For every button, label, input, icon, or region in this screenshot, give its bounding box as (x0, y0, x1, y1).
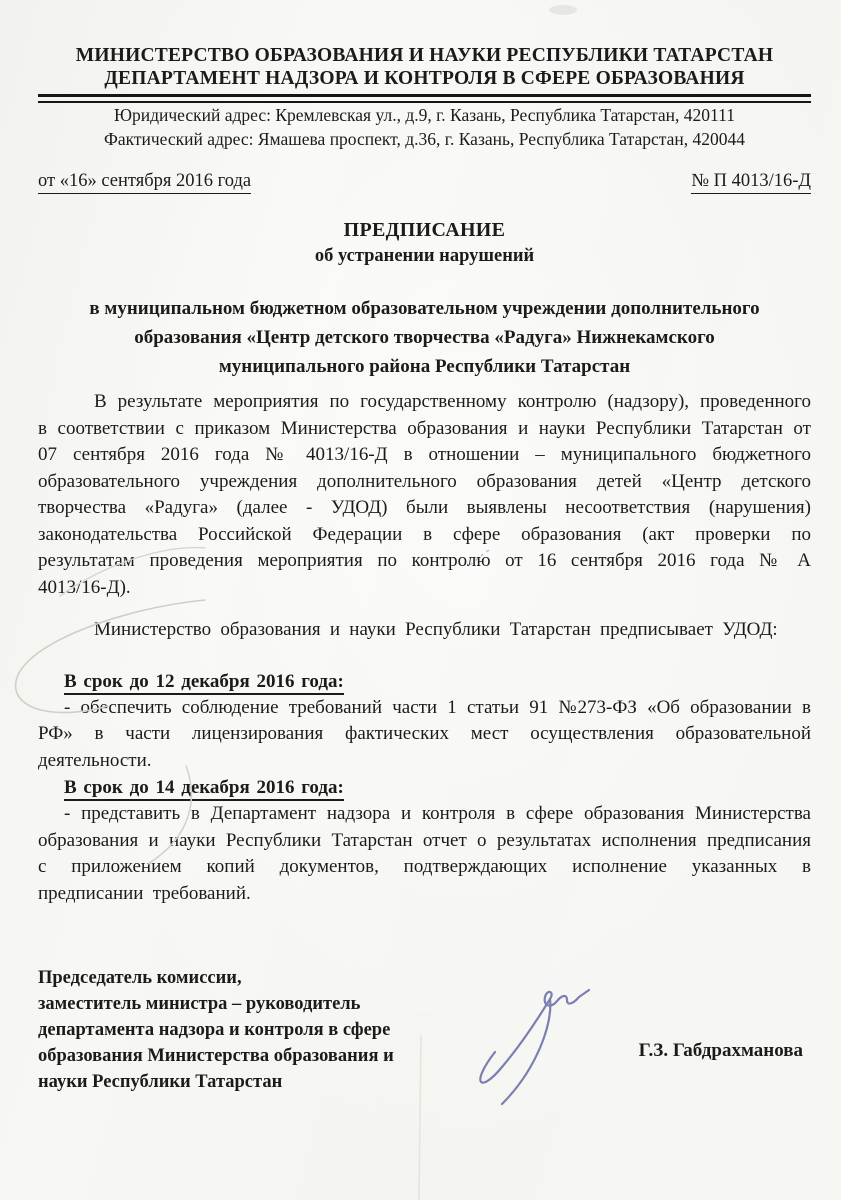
body-paragraph-2: Министерство образования и науки Республ… (38, 617, 811, 644)
deadline-1-text: - обеспечить соблюдение требований части… (38, 695, 811, 775)
body-paragraph-1: В результате мероприятия по государствен… (38, 389, 811, 601)
document-title: ПРЕДПИСАНИЕ (38, 218, 811, 242)
deadline-2-text: - представить в Департамент надзора и ко… (38, 801, 811, 907)
deadline-2-heading: В срок до 14 декабря 2016 года: (64, 777, 344, 801)
header-double-rule (38, 94, 811, 103)
letterhead: МИНИСТЕРСТВО ОБРАЗОВАНИЯ И НАУКИ РЕСПУБЛ… (38, 44, 811, 151)
signatory-position-line: науки Республики Татарстан (38, 1069, 811, 1095)
signature-block: Председатель комиссии, заместитель минис… (38, 965, 811, 1095)
department-name: ДЕПАРТАМЕНТ НАДЗОРА И КОНТРОЛЯ В СФЕРЕ О… (38, 67, 811, 90)
ministry-name: МИНИСТЕРСТВО ОБРАЗОВАНИЯ И НАУКИ РЕСПУБЛ… (38, 44, 811, 67)
deadline-1-heading-row: В срок до 12 декабря 2016 года: (38, 668, 811, 695)
document-number: № П 4013/16-Д (691, 171, 811, 194)
document-date: от «16» сентября 2016 года (38, 171, 251, 194)
document-subtitle: об устранении нарушений (38, 244, 811, 268)
legal-address: Юридический адрес: Кремлевская ул., д.9,… (38, 104, 811, 127)
deadline-2-heading-row: В срок до 14 декабря 2016 года: (38, 774, 811, 801)
signatory-name: Г.З. Габдрахманова (639, 1038, 803, 1064)
addressee-paragraph: в муниципальном бюджетном образовательно… (68, 294, 781, 381)
document-page: МИНИСТЕРСТВО ОБРАЗОВАНИЯ И НАУКИ РЕСПУБЛ… (0, 0, 841, 1200)
actual-address: Фактический адрес: Ямашева проспект, д.3… (38, 128, 811, 151)
document-meta-row: от «16» сентября 2016 года № П 4013/16-Д (38, 171, 811, 194)
signatory-position-line: заместитель министра – руководитель (38, 991, 811, 1017)
signatory-position-line: Председатель комиссии, (38, 965, 811, 991)
deadline-1-heading: В срок до 12 декабря 2016 года: (64, 671, 344, 695)
